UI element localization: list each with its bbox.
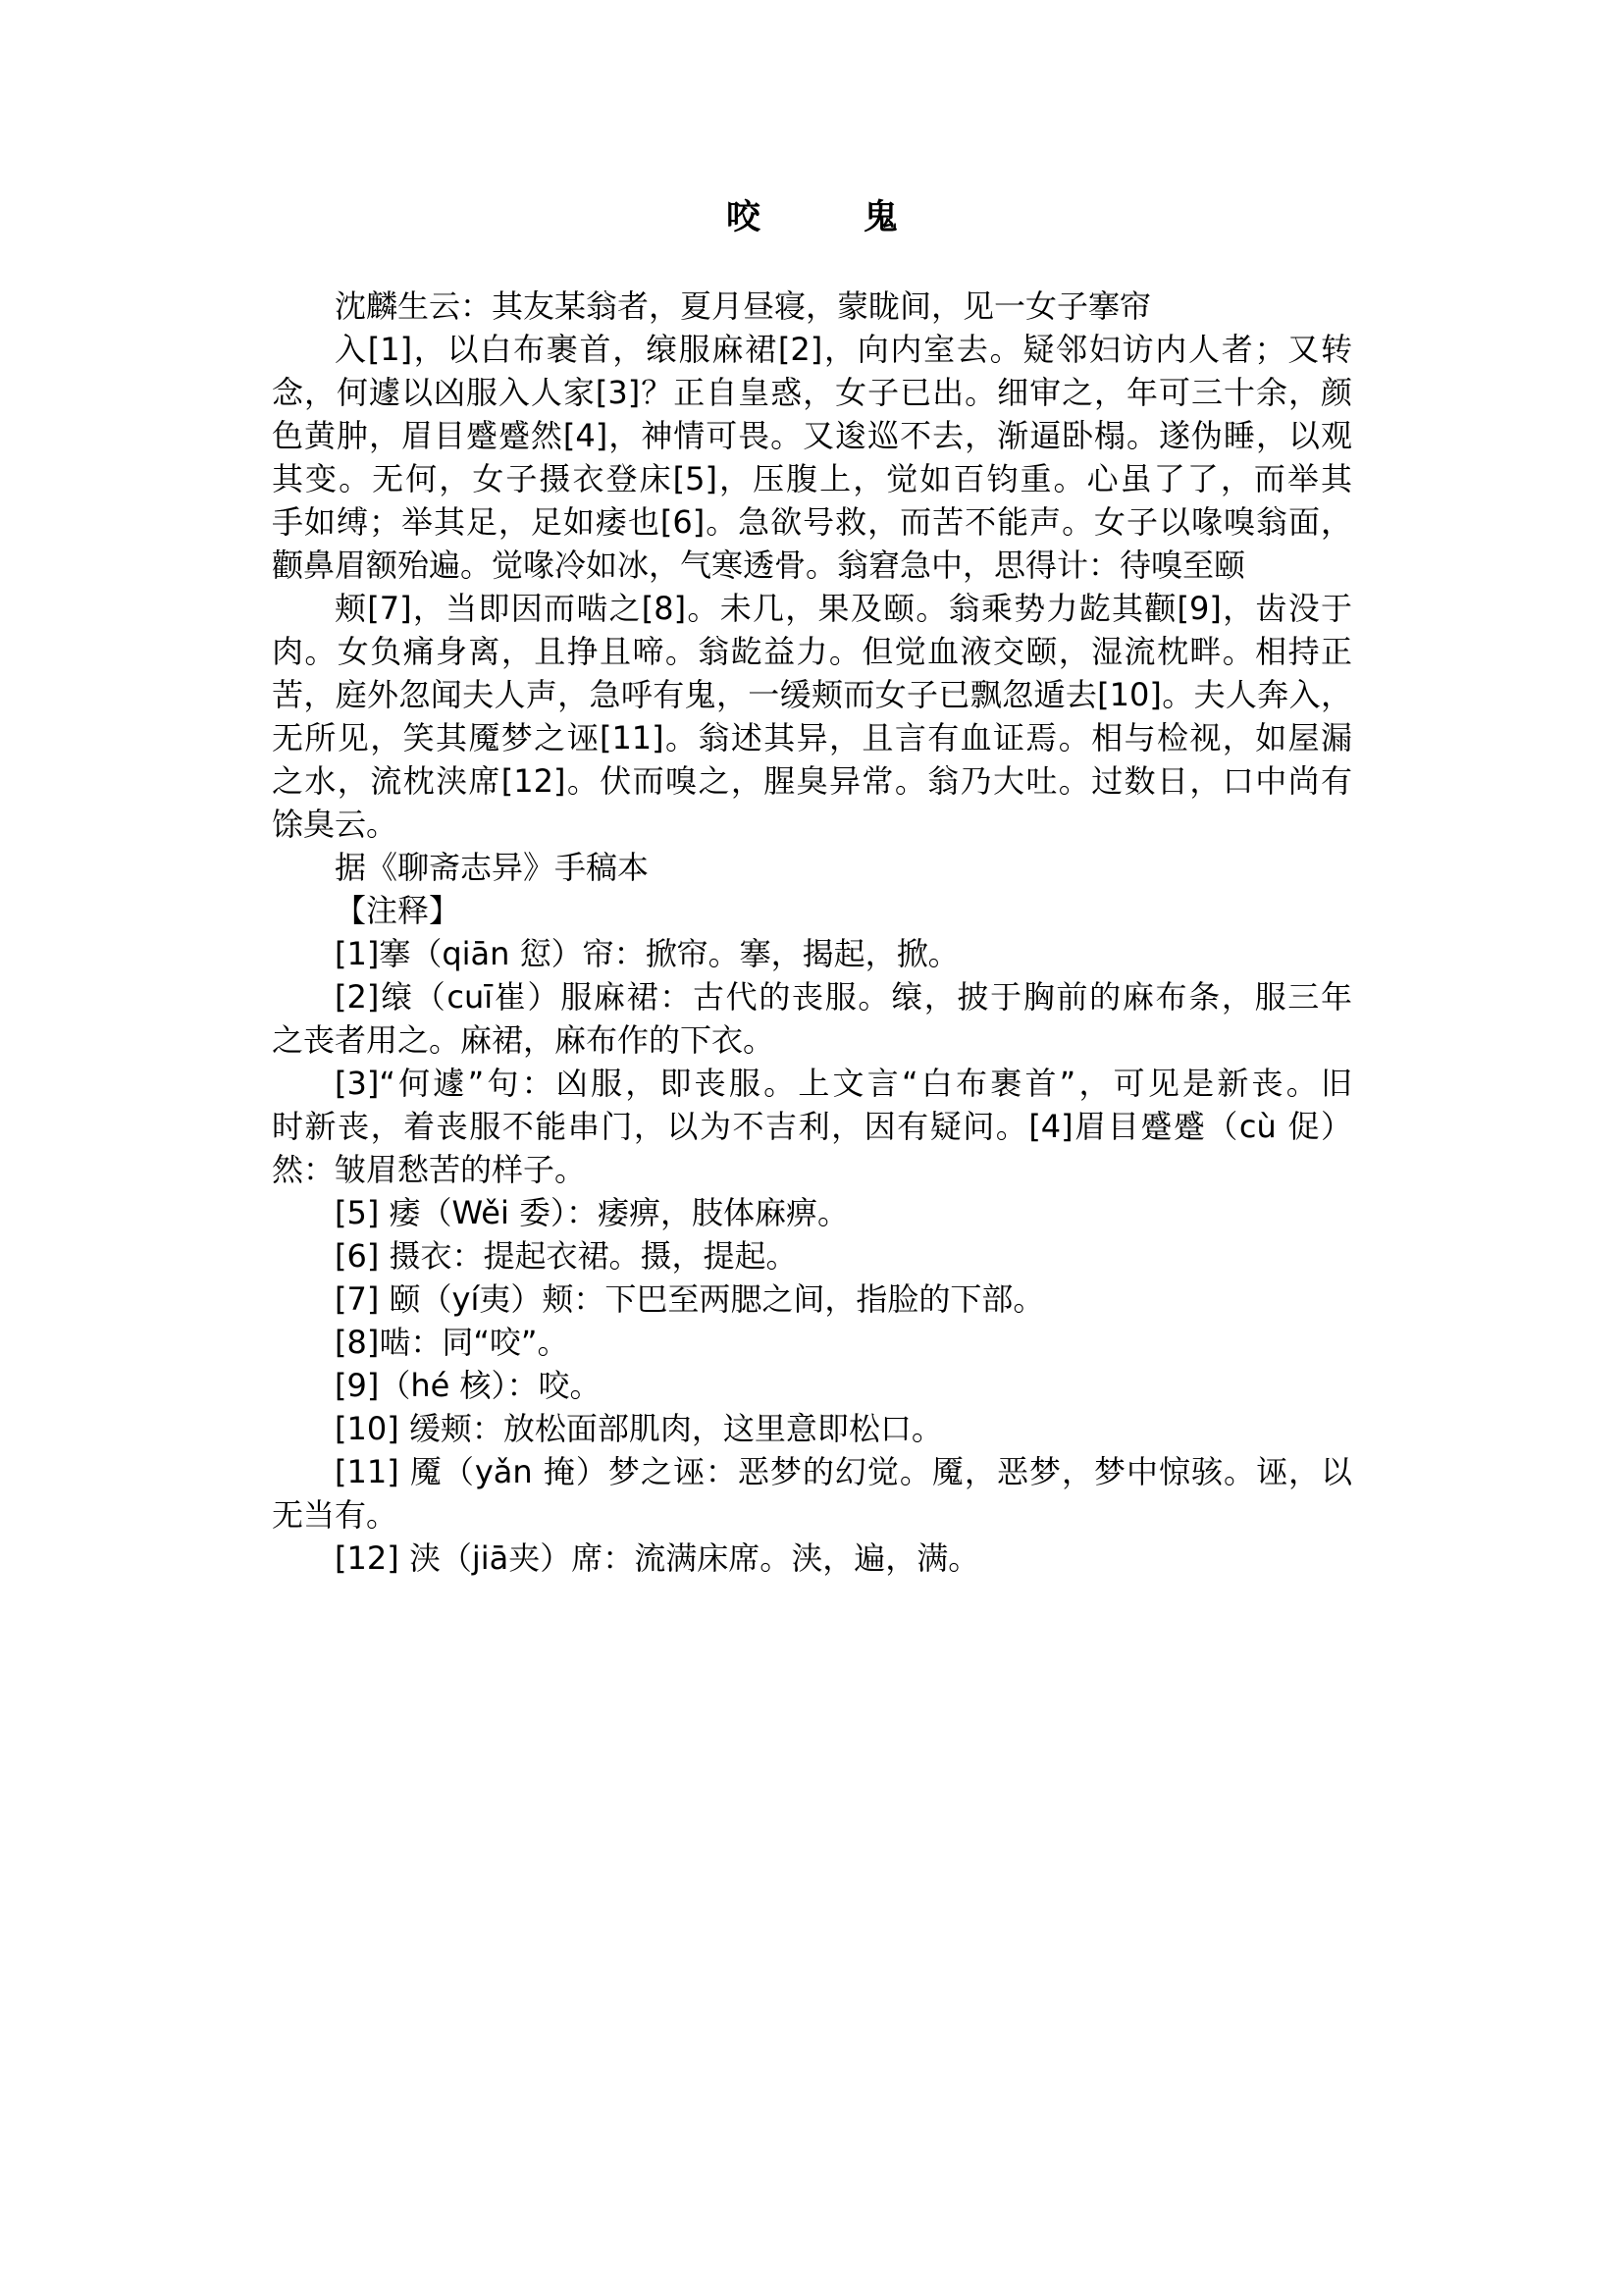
document-text-block: 沈麟生云：其友某翁者，夏月昼寝，蒙眬间，见一女子搴帘入[1]，以白布裹首，缞服麻… [272, 285, 1352, 1580]
text-line: [1]搴（qiān 愆）帘：掀帘。搴，揭起，掀。 [272, 932, 1352, 975]
text-line: [3]“何遽”句：凶服，即丧服。上文言“白布裹首”，可见是新丧。旧 [272, 1062, 1352, 1105]
document-page: 咬 鬼 沈麟生云：其友某翁者，夏月昼寝，蒙眬间，见一女子搴帘入[1]，以白布裹首… [0, 0, 1624, 2294]
text-line: 沈麟生云：其友某翁者，夏月昼寝，蒙眬间，见一女子搴帘 [272, 285, 1352, 328]
text-line: [7] 颐（yí夷）颊：下巴至两腮之间，指脸的下部。 [272, 1277, 1352, 1321]
text-line: 苦，庭外忽闻夫人声，急呼有鬼，一缓颊而女子已飘忽遁去[10]。夫人奔入， [272, 673, 1352, 716]
text-line: 色黄肿，眉目蹙蹙然[4]，神情可畏。又逡巡不去，渐逼卧榻。遂伪睡，以观 [272, 414, 1352, 457]
text-line: 入[1]，以白布裹首，缞服麻裙[2]，向内室去。疑邻妇访内人者；又转 [272, 328, 1352, 371]
text-line: [12] 浃（jiā夹）席：流满床席。浃，遍，满。 [272, 1537, 1352, 1580]
text-line: 然：皱眉愁苦的样子。 [272, 1148, 1352, 1191]
text-line: 颊[7]，当即因而啮之[8]。未几，果及颐。翁乘势力龁其颧[9]，齿没于 [272, 587, 1352, 630]
text-line: [11] 魇（yǎn 掩）梦之诬：恶梦的幻觉。魇，恶梦，梦中惊骇。诬，以 [272, 1450, 1352, 1493]
text-line: 手如缚；举其足，足如痿也[6]。急欲号救，而苦不能声。女子以喙嗅翁面， [272, 500, 1352, 544]
text-line: 【注释】 [272, 889, 1352, 932]
text-line: 时新丧，着丧服不能串门，以为不吉利，因有疑问。[4]眉目蹙蹙（cù 促） [272, 1105, 1352, 1148]
text-line: [6] 摄衣：提起衣裙。摄，提起。 [272, 1234, 1352, 1277]
text-line: [5] 痿（Wěi 委）：痿痹，肢体麻痹。 [272, 1191, 1352, 1234]
text-line: [9]（hé 核）：咬。 [272, 1364, 1352, 1407]
text-line: 肉。女负痛身离，且挣且啼。翁龁益力。但觉血液交颐，湿流枕畔。相持正 [272, 630, 1352, 673]
text-line: [2]缞（cuī崔）服麻裙：古代的丧服。缞，披于胸前的麻布条，服三年 [272, 975, 1352, 1018]
text-line: 念，何遽以凶服入人家[3]？正自皇惑，女子已出。细审之，年可三十余，颜 [272, 371, 1352, 414]
text-line: 颧鼻眉额殆遍。觉喙冷如冰，气寒透骨。翁窘急中，思得计：待嗅至颐 [272, 544, 1352, 587]
text-line: 无当有。 [272, 1493, 1352, 1537]
page-title: 咬 鬼 [272, 196, 1352, 239]
text-line: 之水，流枕浃席[12]。伏而嗅之，腥臭异常。翁乃大吐。过数日，口中尚有 [272, 759, 1352, 803]
text-line: 其变。无何，女子摄衣登床[5]，压腹上，觉如百钧重。心虽了了，而举其手， [272, 457, 1352, 500]
text-line: 无所见，笑其魇梦之诬[11]。翁述其异，且言有血证焉。相与检视，如屋漏 [272, 716, 1352, 759]
text-line: 之丧者用之。麻裙，麻布作的下衣。 [272, 1018, 1352, 1062]
text-line: 馀臭云。 [272, 803, 1352, 846]
text-line: [8]啮：同“咬”。 [272, 1321, 1352, 1364]
text-line: 据《聊斋志异》手稿本 [272, 846, 1352, 889]
text-line: [10] 缓颊：放松面部肌肉，这里意即松口。 [272, 1407, 1352, 1450]
